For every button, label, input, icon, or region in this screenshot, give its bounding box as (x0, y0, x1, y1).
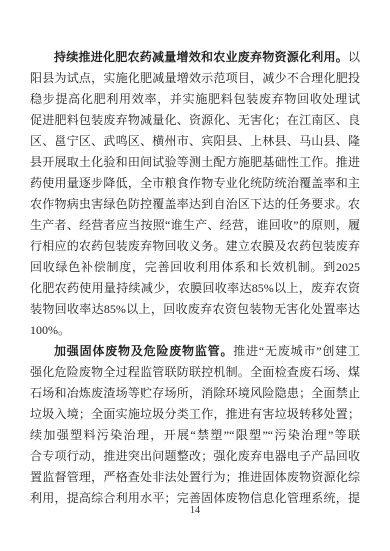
text-line: 强化危险废物全过程监管联防联控机制。全面检查废石场、煤矸 (30, 362, 360, 383)
text-line: 化肥农药使用量持续减少，农膜回收率达85%以上，废弃农资包 (30, 278, 360, 299)
text-line: 稳步提高化肥利用效率，并实施肥料包装废弃物回收处理试点， (30, 89, 360, 110)
body-segment: 区、邕宁区、武鸣区、横州市、宾阳县、上林县、马山县、隆安 (30, 134, 360, 152)
bold-lead-text: 持续推进化肥农药减量增效和农业废弃物资源化利用。 (54, 50, 348, 64)
bold-lead-text: 加强固体废物及危险废物监管。 (54, 344, 233, 358)
body-segment: 垃圾入境；全面实施垃圾分类工作，推进有害垃圾转移处置；持 (30, 407, 360, 425)
paragraph: 持续推进化肥农药减量增效和农业废弃物资源化利用。以宾阳县为试点，实施化肥减量增效… (30, 47, 360, 341)
text-line: 置监督管理，严格查处非法处置行为；推进固体废物资源化综合 (30, 467, 360, 488)
body-segment: 装物回收率达85%以上，回收废弃农资包装物无害化处置率达 (30, 302, 360, 316)
text-line: 区、邕宁区、武鸣区、横州市、宾阳县、上林县、马山县、隆安 (30, 131, 360, 152)
body-segment: 化肥农药使用量持续减少，农膜回收率达85%以上，废弃农资包 (30, 281, 360, 299)
text-line: 装物回收率达85%以上，回收废弃农资包装物无害化处置率达 (30, 299, 360, 320)
body-segment: 石场和冶炼废渣场等贮存场所，消除环境风险隐患；全面禁止洋 (30, 386, 360, 404)
body-segment: 回收绿色补偿制度，完善回收利用体系和长效机制。到2025年， (30, 260, 360, 278)
text-line: 农作物病虫害绿色防控覆盖率达到自治区下达的任务要求。农药 (30, 194, 360, 215)
body-segment: 稳步提高化肥利用效率，并实施肥料包装废弃物回收处理试点， (30, 92, 360, 110)
body-segment: 药使用量逐步降低，全市粮食作物专业化统防统治覆盖率和主要 (30, 176, 360, 194)
body-segment: 农作物病虫害绿色防控覆盖率达到自治区下达的任务要求。农药 (30, 197, 360, 215)
text-line: 县开展取土化验和田间试验等测土配方施肥基础性工作。推进农 (30, 152, 360, 173)
text-line: 续加强塑料污染治理，开展“禁塑”“限塑”“污染治理”等联 (30, 425, 360, 446)
body-segment: 合专项行动，推进突出问题整改；强化废弃电器电子产品回收处 (30, 449, 360, 467)
body-segment: 阳县为试点，实施化肥减量增效示范项目，减少不合理化肥投入， (30, 71, 360, 89)
text-line: 生产者、经营者应当按照“谁生产、经营，谁回收”的原则，履 (30, 215, 360, 236)
body-segment: 置监督管理，严格查处非法处置行为；推进固体废物资源化综合 (30, 470, 360, 488)
body-segment: 续加强塑料污染治理，开展“禁塑”“限塑”“污染治理”等联 (30, 428, 360, 442)
body-segment: 促进肥料包装废弃物减量化、资源化、无害化；在江南区、良庆 (30, 113, 360, 131)
text-line: 药使用量逐步降低，全市粮食作物专业化统防统治覆盖率和主要 (30, 173, 360, 194)
text-line: 持续推进化肥农药减量增效和农业废弃物资源化利用。以宾 (30, 47, 360, 68)
page-number: 14 (0, 504, 390, 518)
text-line: 垃圾入境；全面实施垃圾分类工作，推进有害垃圾转移处置；持 (30, 404, 360, 425)
document-page: 持续推进化肥农药减量增效和农业废弃物资源化利用。以宾阳县为试点，实施化肥减量增效… (0, 0, 390, 551)
text-line: 促进肥料包装废弃物减量化、资源化、无害化；在江南区、良庆 (30, 110, 360, 131)
text-line: 阳县为试点，实施化肥减量增效示范项目，减少不合理化肥投入， (30, 68, 360, 89)
body-segment: 强化危险废物全过程监管联防联控机制。全面检查废石场、煤矸 (30, 365, 360, 383)
body-segment: 县开展取土化验和田间试验等测土配方施肥基础性工作。推进农 (30, 155, 360, 173)
paragraph: 加强固体废物及危险废物监管。推进“无废城市”创建工作，强化危险废物全过程监管联防… (30, 341, 360, 509)
text-line: 加强固体废物及危险废物监管。推进“无废城市”创建工作， (30, 341, 360, 362)
body-text: 持续推进化肥农药减量增效和农业废弃物资源化利用。以宾阳县为试点，实施化肥减量增效… (30, 47, 360, 509)
body-segment: 行相应的农药包装废弃物回收义务。建立农膜及农药包装废弃物 (30, 239, 360, 257)
text-line: 行相应的农药包装废弃物回收义务。建立农膜及农药包装废弃物 (30, 236, 360, 257)
text-line: 回收绿色补偿制度，完善回收利用体系和长效机制。到2025年， (30, 257, 360, 278)
body-segment: 生产者、经营者应当按照“谁生产、经营，谁回收”的原则，履 (30, 218, 360, 232)
text-line: 100%。 (30, 320, 360, 341)
text-line: 石场和冶炼废渣场等贮存场所，消除环境风险隐患；全面禁止洋 (30, 383, 360, 404)
text-line: 合专项行动，推进突出问题整改；强化废弃电器电子产品回收处 (30, 446, 360, 467)
body-segment: 100%。 (30, 323, 70, 337)
